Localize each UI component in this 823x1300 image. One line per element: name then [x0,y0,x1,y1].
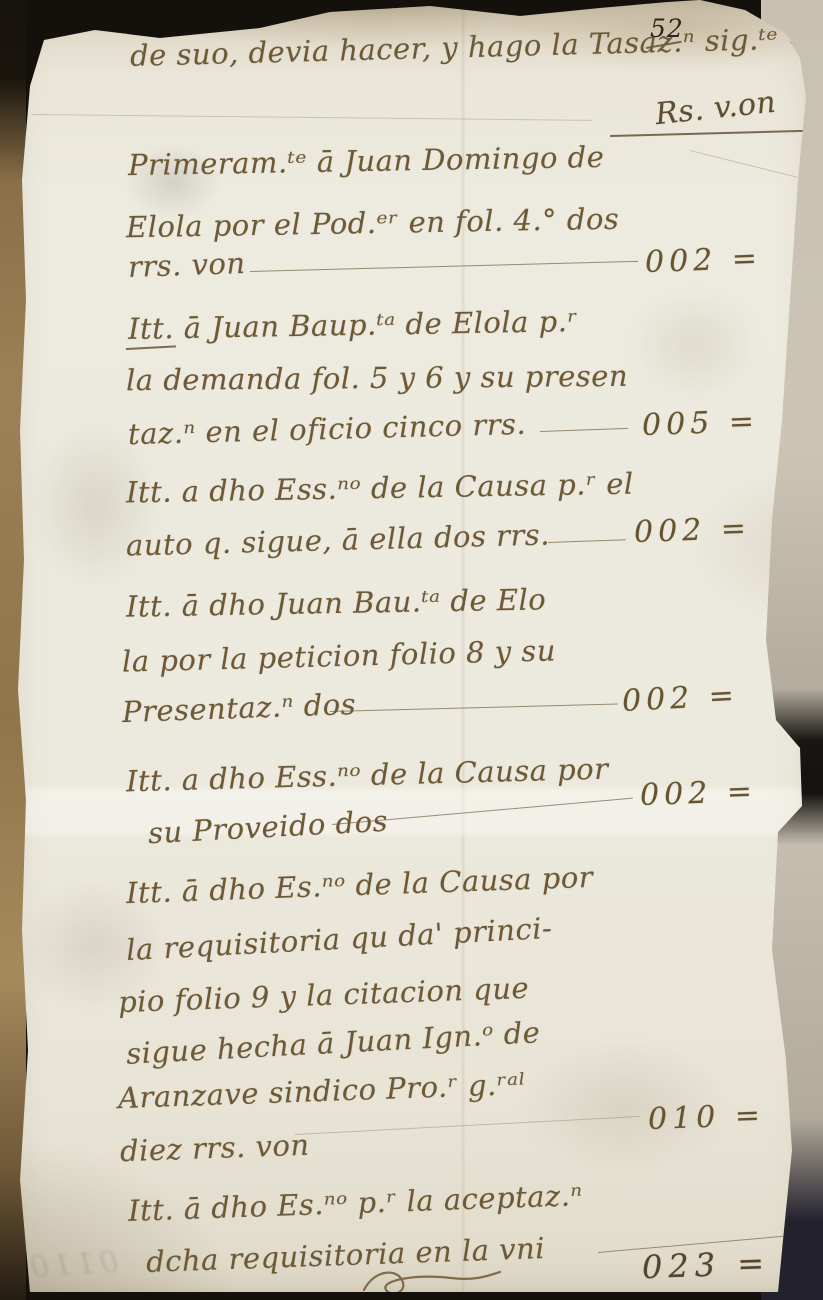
item-underline [126,345,176,350]
entry7-line1: Itt. ā dho Es.ⁿᵒ p.ʳ la aceptaz.ⁿ [128,1180,584,1228]
bleedthrough-digits: 0110 [25,1245,120,1286]
entry4-amount: 002 = [621,678,740,719]
entry2-line2: la demanda fol. 5 y 6 y su presen [126,361,628,397]
entry6-line3: pio folio 9 y la citacion que [118,973,530,1019]
entry4-line2: la por la peticion folio 8 y su [122,635,557,678]
leader-line [250,261,638,272]
entry5-line1: Itt. a dho Ess.ⁿᵒ de la Causa por [126,754,609,799]
entry3-line2: auto q. sigue, ā ella dos rrs. [126,519,551,562]
entry1-line1: Primeram.ᵗᵉ ā Juan Domingo de [128,142,605,182]
currency-header-underline [610,130,812,137]
entry6-line4: sigue hecha ā Juan Ign.ᵒ de [125,1017,541,1071]
entry2-line1: Itt. ā Juan Baup.ᵗᵃ de Elola p.ʳ [128,306,578,346]
currency-column-header: Rs. v.on [654,86,778,132]
page-total: 023 = [641,1244,770,1286]
manuscript-sheet: 0110 52 de suo, devia hacer, y hago la T… [0,0,823,1300]
entry4-line1: Itt. ā dho Juan Bau.ᵗᵃ de Elo [126,584,547,623]
entry6-line2: la requisitoria qu da' princi- [125,913,553,967]
entry3-line1: Itt. a dho Ess.ⁿᵒ de la Causa p.ʳ el [126,469,634,510]
leader-line [540,428,628,432]
leader-line [548,539,626,543]
paper-crease [32,114,592,121]
flourish-mark [356,1268,506,1300]
entry1-line2: Elola por el Pod.ᵉʳ en fol. 4.° dos [126,204,620,244]
entry6-line6: diez rrs. von [120,1130,311,1168]
leader-line [330,703,618,712]
heading-line: de suo, devia hacer, y hago la Tasaz.ⁿ s… [130,23,813,73]
entry2-amount: 005 = [641,404,759,443]
entry4-line3: Presentaz.ⁿ dos [122,689,357,729]
entry5-amount: 002 = [639,774,757,813]
entry6-amount: 010 = [647,1098,765,1137]
manuscript-scan: 0110 52 de suo, devia hacer, y hago la T… [0,0,823,1300]
entry1-amount: 002 = [644,241,762,280]
entry6-line5: Aranzave sindico Pro.ʳ g.ʳᵃˡ [118,1069,527,1115]
paper-crease [690,150,797,178]
entry5-line2: su Proveido dos [147,806,388,850]
entry1-line3: rrs. von [127,248,246,284]
bleedthrough-stain [630,290,760,400]
entry6-line1: Itt. ā dho Es.ⁿᵒ de la Causa por [126,862,594,910]
entry2-line3: taz.ⁿ en el oficio cinco rrs. [128,409,527,451]
entry3-amount: 002 = [633,511,751,550]
